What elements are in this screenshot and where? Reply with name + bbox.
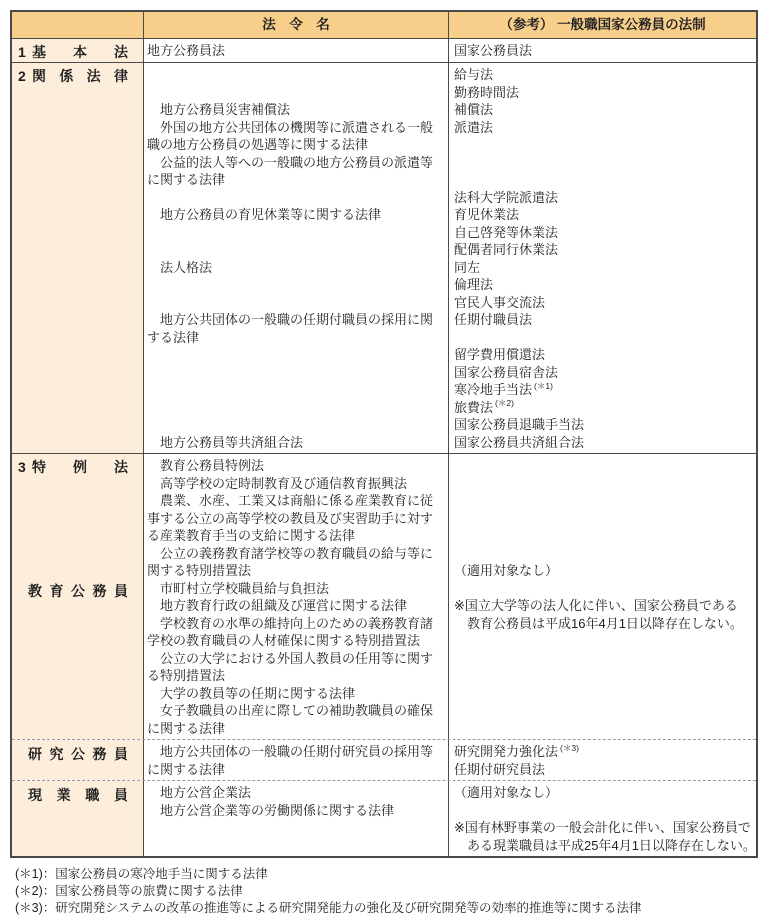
law-name-line: に関する法律: [147, 171, 448, 189]
footnote-3: (＊3)：研究開発システムの改革の推進等による研究開発能力の強化及び研究開発等の…: [15, 900, 758, 917]
law-name-line: [147, 819, 448, 837]
row-sublabel-text: 現業職員: [28, 785, 128, 805]
ref-law-line: [454, 580, 756, 598]
law-name-line: [147, 294, 448, 312]
ref-law-line: 補償法: [454, 101, 756, 119]
law-name-line: 公益的法人等への一般職の地方公務員の派遣等: [147, 154, 448, 172]
ref-law-line: [454, 632, 756, 650]
ref-law-line: [454, 136, 756, 154]
ref-law-line: [454, 650, 756, 668]
table-row-basic: 1基本法地方公務員法国家公務員法: [12, 38, 756, 62]
row-label-cell-special-research: 研究公務員: [12, 740, 144, 780]
law-name-cell-special-education: 教育公務員特例法 高等学校の定時制教育及び通信教育振興法 農業、水産、工業又は商…: [144, 454, 449, 739]
ref-law-cell-basic: 国家公務員法: [449, 39, 756, 62]
law-name-line: [147, 84, 448, 102]
law-name-line: [147, 66, 448, 84]
ref-law-line: [454, 492, 756, 510]
ref-law-line: 教育公務員は平成16年4月1日以降存在しない。: [454, 615, 756, 633]
ref-law-line: [454, 667, 756, 685]
ref-law-cell-related: 給与法勤務時間法補償法派遣法法科大学院派遣法育児休業法自己啓発等休業法配偶者同行…: [449, 63, 756, 453]
ref-law-line: [454, 154, 756, 172]
header-corner-cell: [12, 12, 144, 38]
ref-law-line: 勤務時間法: [454, 84, 756, 102]
table-row-related: 2関係法律 地方公務員災害補償法 外国の地方公共団体の機関等に派遣される一般職の…: [12, 62, 756, 453]
law-name-line: 地方教育行政の組織及び運営に関する法律: [147, 597, 448, 615]
law-name-line: 公立の義務教育諸学校等の教育職員の給与等に: [147, 545, 448, 563]
row-label-text: 特例法: [32, 457, 128, 477]
law-name-line: 教育公務員特例法: [147, 457, 448, 475]
ref-law-line: 任期付職員法: [454, 311, 756, 329]
ref-law-line: [454, 545, 756, 563]
law-name-line: 農業、水産、工業又は商船に係る産業教育に従: [147, 492, 448, 510]
ref-law-line: [454, 702, 756, 720]
law-name-line: [147, 399, 448, 417]
law-name-line: 市町村立学校職員給与負担法: [147, 580, 448, 598]
law-name-line: 関する特別措置法: [147, 562, 448, 580]
law-name-line: [147, 189, 448, 207]
row-label-text: 関係法律: [32, 66, 128, 86]
row-sublabel-text: 研究公務員: [28, 744, 128, 764]
document-page: 法 令 名 （参考） 一般職国家公務員の法制 1基本法地方公務員法国家公務員法2…: [0, 0, 760, 917]
row-sublabel-text: 教育公務員: [28, 581, 128, 601]
law-name-line: [147, 241, 448, 259]
ref-law-line: 国家公務員共済組合法: [454, 434, 756, 452]
ref-law-line: （適用対象なし）: [454, 562, 756, 580]
law-name-line: 地方公営企業法: [147, 784, 448, 802]
ref-law-line: 留学費用償還法: [454, 346, 756, 364]
ref-law-line: 国家公務員宿舎法: [454, 364, 756, 382]
row-label-cell-basic: 1基本法: [12, 39, 144, 62]
ref-law-line: [454, 475, 756, 493]
law-name-line: 地方公営企業等の労働関係に関する法律: [147, 802, 448, 820]
ref-law-line: [454, 457, 756, 475]
table-row-special-industrial: 現業職員 地方公営企業法 地方公営企業等の労働関係に関する法律（適用対象なし）※…: [12, 780, 756, 856]
ref-law-line: [454, 171, 756, 189]
law-name-line: 外国の地方公共団体の機関等に派遣される一般: [147, 119, 448, 137]
ref-law-line: 任期付研究員法: [454, 761, 756, 779]
header-law-name: 法 令 名: [144, 12, 449, 38]
law-name-line: 職の地方公務員の処遇等に関する法律: [147, 136, 448, 154]
law-name-line: 地方公務員法: [147, 42, 448, 60]
ref-law-line: 派遣法: [454, 119, 756, 137]
row-label-basic: 1基本法: [18, 42, 143, 62]
law-name-line: 地方公共団体の一般職の任期付研究員の採用等: [147, 743, 448, 761]
footnote-2: (＊2)：国家公務員等の旅費に関する法律: [15, 883, 758, 900]
law-name-line: る特別措置法: [147, 667, 448, 685]
header-national-reference: （参考） 一般職国家公務員の法制: [449, 12, 756, 38]
ref-law-line: 倫理法: [454, 276, 756, 294]
ref-law-line: ※国有林野事業の一般会計化に伴い、国家公務員で: [454, 819, 756, 837]
law-name-line: に関する法律: [147, 720, 448, 738]
law-name-line: [147, 416, 448, 434]
ref-law-line: 配偶者同行休業法: [454, 241, 756, 259]
law-name-line: 学校の教育職員の人材確保に関する特別措置法: [147, 632, 448, 650]
footnote-marker: (＊1): [534, 381, 553, 391]
law-name-line: する法律: [147, 329, 448, 347]
law-name-line: 学校教育の水準の維持向上のための義務教育諸: [147, 615, 448, 633]
ref-law-line: 官民人事交流法: [454, 294, 756, 312]
law-comparison-table: 法 令 名 （参考） 一般職国家公務員の法制 1基本法地方公務員法国家公務員法2…: [10, 10, 758, 858]
ref-law-line: 法科大学院派遣法: [454, 189, 756, 207]
ref-law-line: 給与法: [454, 66, 756, 84]
law-name-line: [147, 837, 448, 855]
ref-law-line: 同左: [454, 259, 756, 277]
ref-law-line: [454, 527, 756, 545]
row-sublabel-special-education: 教育公務員: [28, 581, 128, 601]
ref-law-line: 国家公務員法: [454, 42, 756, 60]
row-number: 3: [18, 457, 32, 477]
row-label-cell-special-education: 3特例法教育公務員: [12, 454, 144, 739]
law-name-cell-special-industrial: 地方公営企業法 地方公営企業等の労働関係に関する法律: [144, 781, 449, 856]
ref-law-line: 国家公務員退職手当法: [454, 416, 756, 434]
ref-law-line: 寒冷地手当法(＊1): [454, 381, 756, 399]
law-name-line: 地方公共団体の一般職の任期付職員の採用に関: [147, 311, 448, 329]
ref-law-line: （適用対象なし）: [454, 784, 756, 802]
row-number: 2: [18, 66, 32, 86]
ref-law-line: [454, 720, 756, 738]
table-header: 法 令 名 （参考） 一般職国家公務員の法制: [12, 12, 756, 38]
ref-law-line: 旅費法(＊2): [454, 399, 756, 417]
law-name-line: [147, 276, 448, 294]
law-name-cell-basic: 地方公務員法: [144, 39, 449, 62]
ref-law-line: [454, 802, 756, 820]
row-label-related: 2関係法律: [18, 66, 143, 86]
law-name-line: 事する公立の高等学校の教員及び実習助手に対す: [147, 510, 448, 528]
row-sublabel-special-research: 研究公務員: [28, 744, 128, 764]
law-name-line: 地方公務員の育児休業等に関する法律: [147, 206, 448, 224]
ref-law-line: ※国立大学等の法人化に伴い、国家公務員である: [454, 597, 756, 615]
ref-law-line: [454, 510, 756, 528]
row-sublabel-special-industrial: 現業職員: [28, 785, 128, 805]
law-name-line: 大学の教員等の任期に関する法律: [147, 685, 448, 703]
table-row-special-research: 研究公務員 地方公共団体の一般職の任期付研究員の採用等に関する法律研究開発力強化…: [12, 739, 756, 780]
law-name-line: 地方公務員災害補償法: [147, 101, 448, 119]
law-name-line: 地方公務員等共済組合法: [147, 434, 448, 452]
law-name-line: 法人格法: [147, 259, 448, 277]
footnote-marker: (＊3): [560, 743, 579, 753]
law-name-line: に関する法律: [147, 761, 448, 779]
ref-law-line: 研究開発力強化法(＊3): [454, 743, 756, 761]
law-name-line: [147, 364, 448, 382]
ref-law-line: [454, 685, 756, 703]
law-name-line: [147, 381, 448, 399]
ref-law-line: 自己啓発等休業法: [454, 224, 756, 242]
footnote-marker: (＊2): [495, 398, 514, 408]
row-number: 1: [18, 42, 32, 62]
law-name-line: 公立の大学における外国人教員の任用等に関す: [147, 650, 448, 668]
law-name-line: 高等学校の定時制教育及び通信教育振興法: [147, 475, 448, 493]
ref-law-cell-special-research: 研究開発力強化法(＊3)任期付研究員法: [449, 740, 756, 780]
footnotes: (＊1)：国家公務員の寒冷地手当に関する法律 (＊2)：国家公務員等の旅費に関す…: [15, 866, 758, 917]
ref-law-line: [454, 329, 756, 347]
row-label-special-education: 3特例法: [18, 457, 143, 477]
law-name-cell-special-research: 地方公共団体の一般職の任期付研究員の採用等に関する法律: [144, 740, 449, 780]
ref-law-line: 育児休業法: [454, 206, 756, 224]
ref-law-line: ある現業職員は平成25年4月1日以降存在しない。: [454, 837, 756, 855]
row-label-text: 基本法: [32, 42, 128, 62]
law-name-line: る産業教育手当の支給に関する法律: [147, 527, 448, 545]
law-name-line: [147, 346, 448, 364]
ref-law-cell-special-education: （適用対象なし）※国立大学等の法人化に伴い、国家公務員である 教育公務員は平成1…: [449, 454, 756, 739]
row-label-cell-special-industrial: 現業職員: [12, 781, 144, 856]
table-row-special-education: 3特例法教育公務員 教育公務員特例法 高等学校の定時制教育及び通信教育振興法 農…: [12, 453, 756, 739]
law-table-rows: 1基本法地方公務員法国家公務員法2関係法律 地方公務員災害補償法 外国の地方公共…: [12, 38, 756, 856]
row-label-cell-related: 2関係法律: [12, 63, 144, 453]
law-name-line: 女子教職員の出産に際しての補助教職員の確保: [147, 702, 448, 720]
law-name-cell-related: 地方公務員災害補償法 外国の地方公共団体の機関等に派遣される一般職の地方公務員の…: [144, 63, 449, 453]
law-name-line: [147, 224, 448, 242]
ref-law-cell-special-industrial: （適用対象なし）※国有林野事業の一般会計化に伴い、国家公務員で ある現業職員は平…: [449, 781, 756, 856]
footnote-1: (＊1)：国家公務員の寒冷地手当に関する法律: [15, 866, 758, 883]
